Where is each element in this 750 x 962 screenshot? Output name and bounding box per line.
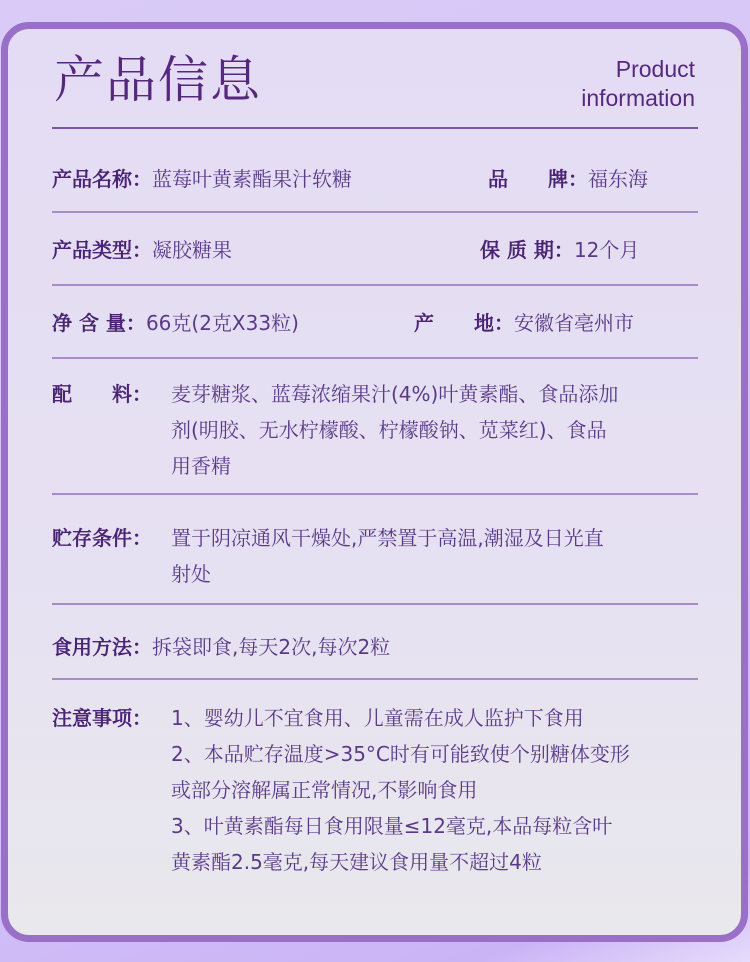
page-title: 产品信息 (54, 50, 262, 110)
row-ingredients: 配 料： 麦芽糖浆、蓝莓浓缩果汁(4%)叶黄素酯、食品添加 剂(明胶、无水柠檬酸… (52, 376, 712, 484)
label-net-content: 净 含 量： (52, 305, 146, 341)
divider (52, 211, 698, 213)
header-divider (52, 127, 698, 129)
notes-line: 黄素酯2.5毫克,每天建议食用量不超过4粒 (171, 844, 712, 880)
label-usage: 食用方法： (52, 629, 152, 665)
notes-line: 1、婴幼儿不宜食用、儿童需在成人监护下食用 (171, 700, 712, 736)
value-brand: 福东海 (588, 167, 648, 191)
label-product-name: 产品名称： (52, 161, 152, 197)
storage-line: 射处 (171, 556, 712, 592)
notes-line: 3、叶黄素酯每日食用限量≤12毫克,本品每粒含叶 (171, 808, 712, 844)
divider (52, 603, 698, 605)
notes-line: 或部分溶解属正常情况,不影响食用 (171, 772, 712, 808)
value-storage: 置于阴凉通风干燥处,严禁置于高温,潮湿及日光直 射处 (171, 520, 712, 592)
title-en-line1: Product (581, 55, 695, 84)
row-origin: 产 地：安徽省亳州市 (414, 305, 634, 341)
divider (52, 284, 698, 286)
row-storage: 贮存条件： 置于阴凉通风干燥处,严禁置于高温,潮湿及日光直 射处 (52, 520, 712, 592)
label-brand: 品 牌： (488, 161, 588, 197)
value-notes: 1、婴幼儿不宜食用、儿童需在成人监护下食用 2、本品贮存温度>35°C时有可能致… (171, 700, 712, 880)
value-product-type: 凝胶糖果 (152, 238, 232, 262)
ingredients-line: 麦芽糖浆、蓝莓浓缩果汁(4%)叶黄素酯、食品添加 (171, 376, 712, 412)
label-origin: 产 地： (414, 305, 514, 341)
row-brand: 品 牌：福东海 (488, 161, 648, 197)
row-notes: 注意事项： 1、婴幼儿不宜食用、儿童需在成人监护下食用 2、本品贮存温度>35°… (52, 700, 712, 880)
value-usage: 拆袋即食,每天2次,每次2粒 (152, 635, 390, 659)
row-shelf-life: 保 质 期：12个月 (480, 232, 639, 268)
row-net-content: 净 含 量：66克(2克X33粒) (52, 305, 299, 341)
notes-line: 2、本品贮存温度>35°C时有可能致使个别糖体变形 (171, 736, 712, 772)
row-product-name: 产品名称：蓝莓叶黄素酯果汁软糖 (52, 161, 352, 197)
label-notes: 注意事项： (52, 700, 152, 736)
label-ingredients: 配 料： (52, 376, 152, 412)
row-usage: 食用方法：拆袋即食,每天2次,每次2粒 (52, 629, 390, 665)
divider (52, 493, 698, 495)
title-en-line2: information (581, 84, 695, 113)
label-storage: 贮存条件： (52, 520, 152, 556)
ingredients-line: 剂(明胶、无水柠檬酸、柠檬酸钠、苋菜红)、食品 (171, 412, 712, 448)
value-product-name: 蓝莓叶黄素酯果汁软糖 (152, 167, 352, 191)
divider (52, 678, 698, 680)
label-product-type: 产品类型： (52, 232, 152, 268)
value-origin: 安徽省亳州市 (514, 311, 634, 335)
value-net-content: 66克(2克X33粒) (146, 311, 299, 335)
row-product-type: 产品类型：凝胶糖果 (52, 232, 232, 268)
divider (52, 357, 698, 359)
label-shelf-life: 保 质 期： (480, 232, 574, 268)
storage-line: 置于阴凉通风干燥处,严禁置于高温,潮湿及日光直 (171, 520, 712, 556)
ingredients-line: 用香精 (171, 448, 712, 484)
value-shelf-life: 12个月 (574, 238, 639, 262)
value-ingredients: 麦芽糖浆、蓝莓浓缩果汁(4%)叶黄素酯、食品添加 剂(明胶、无水柠檬酸、柠檬酸钠… (171, 376, 712, 484)
page-title-english: Product information (581, 55, 695, 113)
